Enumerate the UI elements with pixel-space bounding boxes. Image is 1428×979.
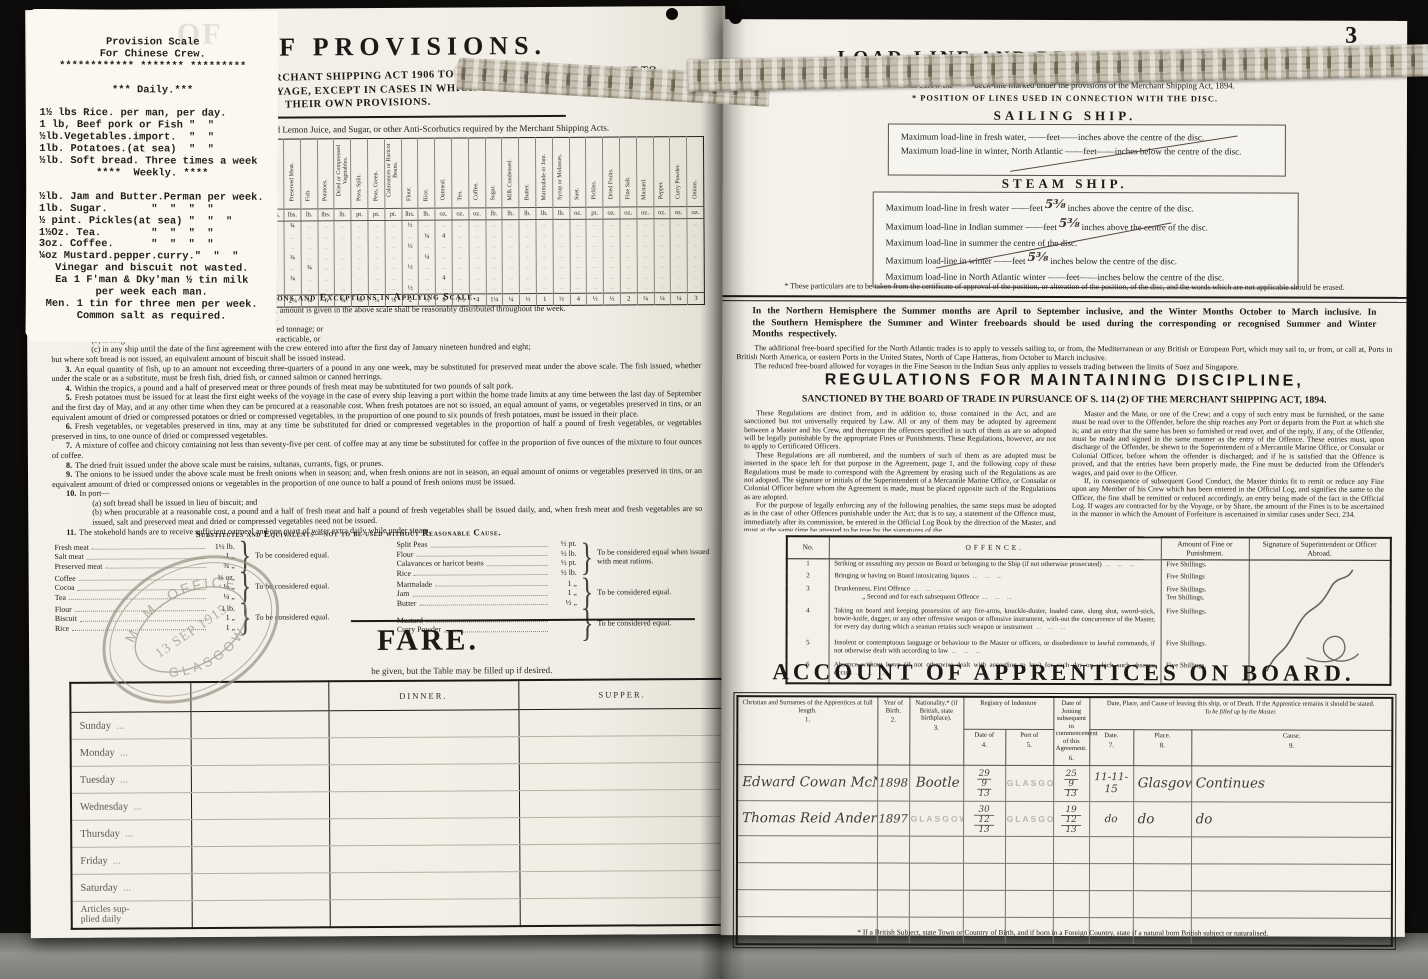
unit-cell: lbs. <box>284 209 301 221</box>
empty-cell <box>737 836 877 863</box>
offence-number: 2 <box>787 572 829 584</box>
provision-value-cell: ... <box>519 272 536 283</box>
provision-value-cell: ... <box>402 231 419 242</box>
empty-cell <box>737 863 877 890</box>
leader-dots <box>487 558 548 566</box>
unit-cell: lbs. <box>317 209 334 221</box>
provisions-column-header: Tea. <box>451 138 468 208</box>
offence-text: Bringing or having on Board intoxicating… <box>829 572 1161 585</box>
empty-dots: ... <box>643 264 647 270</box>
provisions-column-header: Calavances or Haricot Beans. <box>384 138 401 208</box>
fraction-part: 25 <box>1066 770 1077 779</box>
provision-value-cell: ... <box>318 252 335 263</box>
unit-cell: pt. <box>351 209 368 221</box>
handwritten-load-line-value: 5⅜ <box>1057 216 1082 230</box>
ink-bleedthrough: OF <box>177 17 223 51</box>
empty-cell <box>1089 837 1133 864</box>
unit-cell: oz. <box>452 208 469 220</box>
empty-dots: ... <box>559 275 563 281</box>
provision-value-cell: ... <box>435 262 452 273</box>
joining-date: 191213 <box>1053 801 1089 837</box>
empty-dots: ... <box>559 233 563 239</box>
provisions-column-label: Butter. <box>524 184 531 200</box>
provision-value-cell: ... <box>654 229 671 240</box>
apprentice-nationality: Bootle <box>909 765 963 801</box>
fare-empty-cell <box>191 765 329 793</box>
fare-day-label: Wednesday <box>71 793 191 821</box>
fine-line: Five Shillings. <box>1166 561 1243 569</box>
provision-value-cell: ... <box>385 220 402 231</box>
provision-value-cell: ... <box>419 262 436 273</box>
provisions-column-label: Potatoes. <box>322 179 329 201</box>
empty-dots: ... <box>290 245 294 251</box>
unit-cell: oz. <box>469 208 486 220</box>
empty-dots: ... <box>660 242 664 248</box>
unit-cell: lb. <box>485 208 502 220</box>
offence-col-offence: OFFENCE. <box>829 536 1161 559</box>
fraction-part: 13 <box>979 790 990 799</box>
appr-col-registry: Registry of Indenture <box>963 697 1053 730</box>
provision-value-cell: ... <box>553 230 570 241</box>
fare-row: Thursday <box>71 816 727 847</box>
empty-dots: ... <box>509 264 513 270</box>
fare-row: Saturday <box>71 870 727 901</box>
handwritten-load-line-value: 5⅜ <box>1026 250 1051 264</box>
empty-dots: ... <box>542 233 546 239</box>
empty-cell <box>877 890 909 917</box>
provision-value-cell: ... <box>335 273 352 284</box>
fraction-part: 30 <box>979 805 990 814</box>
provision-value-cell: ... <box>570 272 587 283</box>
provision-value-cell: ... <box>385 241 402 252</box>
offence-fine: Five Shillings.Ten Shillings. <box>1161 585 1249 607</box>
right-page: 3 LOAD-LINE AND DRAUGHT OF WATER. inches… <box>721 19 1407 937</box>
fare-empty-cell <box>518 708 726 736</box>
unit-cell: pt. <box>586 207 603 219</box>
empty-dots: ... <box>677 232 681 238</box>
offence-number: 5 <box>787 638 829 660</box>
substitutes-items: Marmalade1 „Jam1 „Butter½ „ <box>397 579 577 609</box>
fare-row: Friday <box>71 843 727 874</box>
provision-value-cell: ¾ <box>284 220 301 231</box>
fare-empty-cell <box>519 870 727 898</box>
condition-number: 4. <box>51 384 74 393</box>
unit-cell: lb. <box>553 207 570 219</box>
registry-port: GLASGOW <box>1005 801 1053 837</box>
provision-value-cell: ... <box>519 230 536 241</box>
empty-dots: ... <box>694 232 698 238</box>
provisions-column-label: Peas, Split. <box>356 174 363 201</box>
provisions-column-label: Rice. <box>423 188 430 201</box>
handwritten-load-line-value: 5⅜ <box>1043 197 1068 211</box>
empty-dots: ... <box>694 274 698 280</box>
provisions-column-label: Dried or Compressed Vegetables. <box>336 139 350 201</box>
empty-dots: ... <box>643 253 647 259</box>
empty-dots: ... <box>307 234 311 240</box>
apprentices-table-wrap: Christian and Surnames of the Apprentice… <box>736 695 1392 947</box>
provision-value-cell: ... <box>637 229 654 240</box>
provision-value-cell: ... <box>418 241 435 252</box>
provision-value-cell: ... <box>502 241 519 252</box>
provision-value-cell: ½ <box>402 262 419 273</box>
handwritten-leaving-cause: Continues <box>1193 776 1265 792</box>
provision-value-cell: ... <box>536 251 553 262</box>
provision-value-cell: ... <box>553 272 570 283</box>
handwritten-year: 1897 <box>879 811 908 825</box>
empty-dots: ... <box>694 253 698 259</box>
provision-value-cell: ... <box>553 251 570 262</box>
provision-value-cell: ... <box>519 219 536 230</box>
offence-line: Taking on board and keeping possession o… <box>834 607 1155 632</box>
empty-dots: ... <box>341 255 345 261</box>
empty-dots: ... <box>458 233 462 239</box>
provision-value-cell: ... <box>486 241 503 252</box>
provision-value-cell: ... <box>620 261 637 272</box>
empty-dots: ... <box>593 232 597 238</box>
joining-date: 25913 <box>1053 765 1089 801</box>
provision-value-cell: ... <box>318 273 335 284</box>
provision-value-cell: ... <box>671 261 688 272</box>
unit-cell: lb. <box>519 208 536 220</box>
fare-row: Tuesday <box>71 762 727 793</box>
fine-line: Five Shillings. <box>1166 586 1243 594</box>
provisions-column-header: Rice. <box>418 138 435 208</box>
empty-dots: ... <box>609 222 613 228</box>
empty-dots: ... <box>660 253 664 259</box>
fare-empty-cell <box>329 818 519 846</box>
provisions-column-label: Onions. <box>692 180 699 199</box>
empty-dots: ... <box>677 221 681 227</box>
sailing-ship-heading: SAILING SHIP. <box>723 107 1407 125</box>
offence-text: Taking on board and keeping possession o… <box>829 606 1161 639</box>
empty-dots: ... <box>559 264 563 270</box>
provision-value-cell: ... <box>536 261 553 272</box>
empty-dots: ... <box>341 234 345 240</box>
empty-dots: ... <box>526 254 530 260</box>
apprentice-row: Thomas Reid Anderson1897GLASGOW301213GLA… <box>737 800 1392 837</box>
book-gutter-shadow <box>700 0 746 979</box>
particulars-footnote: * These particulars are to be taken from… <box>722 281 1406 292</box>
leaving-place: do <box>1133 801 1191 837</box>
fare-empty-cell <box>519 843 727 871</box>
fare-day-label: Friday <box>71 847 191 875</box>
empty-dots: ... <box>425 265 429 271</box>
substitute-name: Split Peas <box>396 540 427 550</box>
empty-dots: ... <box>593 222 597 228</box>
empty-cell <box>1191 891 1392 919</box>
apprentice-year: 1898 <box>877 765 909 801</box>
registry-port: GLASGOW <box>1005 765 1053 801</box>
fare-articles-line: Articles sup- <box>81 904 191 915</box>
condition-number: 9. <box>52 470 75 479</box>
provision-value-cell: ... <box>334 220 351 231</box>
empty-dots: ... <box>542 264 546 270</box>
apprentice-year: 1897 <box>877 801 909 837</box>
provision-value-cell: ... <box>570 230 587 241</box>
handwritten-birthplace: Bootle <box>913 775 960 791</box>
empty-dots: ... <box>408 276 412 282</box>
empty-dots: ... <box>526 243 530 249</box>
empty-dots: ... <box>660 274 664 280</box>
equivalence-note: To be considered equal when issued with … <box>597 548 713 567</box>
provision-value-cell: ... <box>503 262 520 273</box>
substitute-name: Fresh meat <box>54 543 88 553</box>
empty-dots: ... <box>307 224 311 230</box>
provision-value-cell: ... <box>620 218 637 229</box>
empty-cell <box>1005 837 1053 864</box>
empty-dots: ... <box>341 244 345 250</box>
provision-value-cell: ... <box>452 241 469 252</box>
empty-cell <box>963 837 1005 864</box>
empty-dots: ... <box>358 244 362 250</box>
empty-dots: ... <box>542 254 546 260</box>
empty-dots: ... <box>425 275 429 281</box>
glasgow-stamp: GLASGOW <box>911 814 964 824</box>
stamp-arc-bottom-text: GLASGOW <box>161 620 257 689</box>
empty-dots: ... <box>626 264 630 270</box>
provisions-column-header: Curry Powder. <box>670 137 687 207</box>
apprentice-empty-row <box>737 836 1392 865</box>
offence-fine: Five Shillings. <box>1161 560 1249 573</box>
provisions-column-label: Tea. <box>457 190 464 200</box>
empty-dots: ... <box>576 233 580 239</box>
empty-dots: ... <box>358 265 362 271</box>
fraction-part: 29 <box>979 770 990 779</box>
empty-dots: ... <box>643 232 647 238</box>
substitute-name: Coffee <box>55 574 76 584</box>
substitutes-group: Marmalade1 „Jam1 „Butter½ „}To be consid… <box>397 577 713 609</box>
substitute-amount: ½ lb. <box>551 548 577 558</box>
substitutes-group: Split Peas½ pt.Flour½ lb.Calavances or h… <box>396 538 712 578</box>
regulations-columns: These Regulations are distinct from, and… <box>744 409 1384 533</box>
provisions-column-label: Fish. <box>306 190 313 202</box>
provision-value-cell: ... <box>351 252 368 263</box>
empty-dots: ... <box>525 222 529 228</box>
handwritten-year: 1898 <box>879 776 908 790</box>
unit-cell: pt. <box>385 208 402 220</box>
handwritten-leaving-date: do <box>1105 813 1118 825</box>
provision-value-cell: ... <box>553 219 570 230</box>
steam-ship-line: Maximum load-line in fresh water ——feet5… <box>886 198 1286 218</box>
provision-value-cell: ... <box>301 231 318 242</box>
empty-dots: ... <box>374 244 378 250</box>
empty-dots: ... <box>660 232 664 238</box>
regulations-paragraph: Master and the Mate, or one of the Crew;… <box>1072 410 1384 478</box>
provisions-column-label: Marmalade or Jam. <box>541 153 548 200</box>
empty-dots: ... <box>542 243 546 249</box>
provisions-column-header: Oatmeal. <box>435 138 452 208</box>
empty-dots: ... <box>358 234 362 240</box>
fare-empty-cell <box>329 845 519 873</box>
provisions-column-header: Dried or Compressed Vegetables. <box>334 139 351 209</box>
provision-value-cell: ... <box>586 230 603 241</box>
fare-day-label: Thursday <box>71 820 191 848</box>
provision-value-cell: ... <box>653 218 670 229</box>
empty-dots: ... <box>492 275 496 281</box>
offence-col-signature: Signature of Superintendent or Officer A… <box>1249 537 1391 560</box>
offence-number: 1 <box>787 559 829 572</box>
provision-value-cell: ... <box>334 231 351 242</box>
provision-value-cell: ... <box>368 252 385 263</box>
empty-dots: ... <box>324 276 328 282</box>
empty-dots: ... <box>526 233 530 239</box>
binder-hole <box>729 11 742 24</box>
empty-dots: ... <box>492 223 496 229</box>
provision-value-cell: ... <box>637 218 654 229</box>
fraction-part: 19 <box>1066 806 1077 815</box>
provision-value-cell: ... <box>419 273 436 284</box>
unit-cell: lbs. <box>401 208 418 220</box>
substitute-name: Calavances or haricot beans <box>397 558 484 568</box>
offence-line: „ Second and for each subsequent Offence <box>834 593 1155 602</box>
empty-dots: ... <box>509 233 513 239</box>
empty-dots: ... <box>291 266 295 272</box>
leader-dots <box>435 579 548 587</box>
provision-value-cell: ... <box>318 220 335 231</box>
position-of-lines-note: * POSITION OF LINES USED IN CONNECTION W… <box>723 93 1407 104</box>
steam-ship-line: Maximum load-line in Indian summer ——fee… <box>886 217 1286 237</box>
empty-dots: ... <box>693 221 697 227</box>
provision-value-cell: ... <box>654 250 671 261</box>
provision-value-cell: ... <box>452 251 469 262</box>
provision-value-cell: ... <box>486 262 503 273</box>
empty-dots: ... <box>458 244 462 250</box>
provision-value-cell: ... <box>603 230 620 241</box>
provisions-column-header: Milk Condensed. <box>502 138 519 208</box>
empty-dots: ... <box>475 265 479 271</box>
fare-day-label: Monday <box>71 739 191 767</box>
unit-cell: lb. <box>502 208 519 220</box>
empty-dots: ... <box>677 263 681 269</box>
condition-number: 8. <box>52 460 75 469</box>
fraction-part: 13 <box>1065 826 1076 835</box>
provision-value-cell: ... <box>486 272 503 283</box>
provision-value-cell: 4 <box>435 231 452 242</box>
apprentice-empty-row <box>737 863 1392 892</box>
condition-number: 5. <box>52 393 75 402</box>
fare-empty-cell <box>191 738 329 766</box>
empty-dots: ... <box>509 243 513 249</box>
provision-value-cell: ... <box>402 252 419 263</box>
provision-value-cell: ... <box>503 272 520 283</box>
fraction-part: 13 <box>1066 790 1077 799</box>
provision-value-cell: ... <box>469 230 486 241</box>
provisions-column-header: Syrup or Molasses. <box>552 137 569 207</box>
empty-cell <box>1133 864 1191 891</box>
empty-dots: ... <box>559 222 563 228</box>
apprentice-name: Edward Cowan McNeill <box>737 765 877 801</box>
empty-dots: ... <box>341 276 345 282</box>
provision-value-cell: ... <box>553 261 570 272</box>
substitute-amount <box>551 624 577 634</box>
substitute-amount: ½ pt. <box>551 558 577 568</box>
provision-value-cell: ... <box>301 252 318 263</box>
appr-col-year: Year of Birth. 2. <box>877 697 909 765</box>
apprentices-title: ACCOUNT OF APPRENTICES ON BOARD. <box>721 659 1405 687</box>
provision-value-cell: ... <box>670 250 687 261</box>
regulations-paragraph: These Regulations are distinct from, and… <box>744 409 1056 452</box>
empty-dots: ... <box>475 275 479 281</box>
fare-articles-label: Articles sup-plied daily <box>72 901 192 929</box>
empty-dots: ... <box>290 234 294 240</box>
substitute-row: Rice½ lb. <box>397 567 577 578</box>
provision-value-cell: ... <box>335 252 352 263</box>
empty-dots: ... <box>442 265 446 271</box>
empty-dots: ... <box>610 274 614 280</box>
unit-cell: oz. <box>637 207 654 219</box>
fare-row: Wednesday <box>71 789 727 820</box>
steam-ship-heading: STEAM SHIP. <box>723 175 1407 193</box>
empty-cell <box>1053 891 1089 918</box>
provisions-column-header: Pickles. <box>586 137 603 207</box>
empty-dots: ... <box>408 234 412 240</box>
regulations-left-column: These Regulations are distinct from, and… <box>744 409 1056 532</box>
provision-value-cell: ... <box>469 219 486 230</box>
handwritten-leaving-place: do <box>1135 811 1155 827</box>
substitute-amount: 1 „ <box>551 588 577 598</box>
empty-dots: ... <box>677 253 681 259</box>
appr-col-nationality: Nationality.* (if British, state birthpl… <box>909 697 963 766</box>
fare-empty-cell <box>329 872 519 900</box>
empty-dots: ... <box>610 243 614 249</box>
provisions-column-header: Suet. <box>569 137 586 207</box>
provision-value-cell: ... <box>586 251 603 262</box>
empty-dots: ... <box>357 223 361 229</box>
provision-value-cell: ... <box>469 251 486 262</box>
empty-dots: ... <box>441 223 445 229</box>
provision-value-cell: ... <box>570 261 587 272</box>
provision-value-cell: ... <box>351 273 368 284</box>
fare-heading: FARE. <box>377 623 479 658</box>
offence-text: Drunkenness. First Offence„ Second and f… <box>829 584 1161 607</box>
substitute-name: Flour <box>396 549 413 559</box>
leader-dots <box>414 567 548 575</box>
empty-dots: ... <box>576 275 580 281</box>
provision-value-cell: ... <box>368 231 385 242</box>
empty-dots: ... <box>627 274 631 280</box>
binder-hole <box>666 8 678 20</box>
handwritten-date-fraction: 301213 <box>974 805 993 835</box>
provisions-column-header: Peas, Green. <box>367 138 384 208</box>
provision-value-cell: ... <box>334 242 351 253</box>
empty-dots: ... <box>358 255 362 261</box>
substitute-name: Preserved meat <box>55 561 103 571</box>
apprentices-table: Christian and Surnames of the Apprentice… <box>736 695 1394 947</box>
appr-col-date-of: Date of 4. <box>963 729 1005 765</box>
empty-dots: ... <box>593 264 597 270</box>
offence-col-fine: Amount of Fine or Punishment. <box>1161 537 1249 560</box>
provision-value-cell: ... <box>603 251 620 262</box>
fare-empty-cell <box>191 846 329 874</box>
provisions-column-label: Flour. <box>406 187 413 201</box>
provision-value-cell: ... <box>519 241 536 252</box>
fare-empty-cell <box>519 735 727 763</box>
substitute-name: Salt meat <box>54 552 83 562</box>
provision-value-cell: ... <box>670 240 687 251</box>
leader-dots <box>416 548 547 556</box>
empty-dots: ... <box>626 232 630 238</box>
slip-typed-text: Provision ScaleFor Chinese Crew.********… <box>26 37 279 324</box>
provision-value-cell: ... <box>637 271 654 282</box>
empty-dots: ... <box>694 284 698 290</box>
empty-dots: ... <box>610 253 614 259</box>
apprentice-nationality: GLASGOW <box>909 801 963 837</box>
provisions-column-header: Pepper. <box>653 137 670 207</box>
empty-dots: ... <box>475 254 479 260</box>
provision-value-cell: ... <box>469 262 486 273</box>
appr-col-joining: Date of Joining subsequent to commenceme… <box>1053 697 1089 765</box>
fare-col-header: SUPPER. <box>518 679 726 710</box>
